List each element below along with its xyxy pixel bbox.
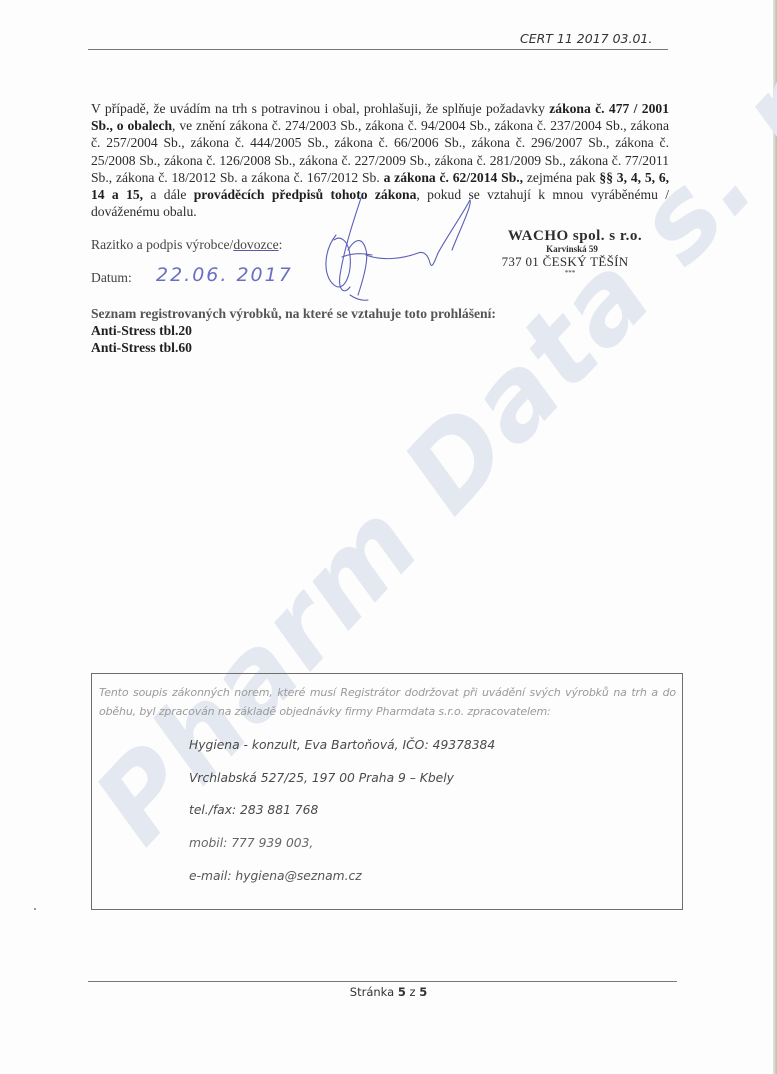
stamp-label-prefix: Razitko a podpis výrobce/ <box>91 237 233 252</box>
product-list-heading: Seznam registrovaných výrobků, na které … <box>91 305 496 322</box>
stamp-label-suffix: : <box>279 237 283 252</box>
scan-edge-shadow <box>773 0 777 1074</box>
page-number: Stránka 5 z 5 <box>0 985 777 999</box>
processor-company: Hygiena - konzult, Eva Bartoňová, IČO: 4… <box>189 738 495 752</box>
product-list: Seznam registrovaných výrobků, na které … <box>91 305 496 356</box>
stamp-city: 737 01 ČESKÝ TĚŠÍN <box>480 254 650 270</box>
declaration-bold-segment: a zákona č. 62/2014 Sb., <box>384 170 524 185</box>
processor-phone: tel./fax: 283 881 768 <box>189 803 318 817</box>
processor-info-box: Tento soupis zákonných norem, které musí… <box>91 673 683 910</box>
footer-divider <box>88 981 677 982</box>
declaration-segment: zejména pak <box>523 170 599 185</box>
product-item: Anti-Stress tbl.20 <box>91 322 496 339</box>
date-label: Datum: <box>91 270 132 286</box>
processor-address: Vrchlabská 527/25, 197 00 Praha 9 – Kbel… <box>189 771 454 785</box>
handwritten-signature <box>322 195 502 305</box>
processor-email: e-mail: hygiena@seznam.cz <box>189 869 362 883</box>
processor-intro: Tento soupis zákonných norem, které musí… <box>92 683 682 721</box>
stamp-signature-label: Razitko a podpis výrobce/dovozce: <box>91 237 282 253</box>
page-total: 5 <box>419 985 427 999</box>
stamp-street: Karvinská 59 <box>480 244 650 254</box>
declaration-segment: a dále <box>143 187 194 202</box>
stamp-label-underlined: dovozce <box>233 237 278 252</box>
company-stamp: WACHO spol. s r.o. Karvinská 59 737 01 Č… <box>480 228 650 277</box>
scan-speck <box>34 908 36 910</box>
stamp-mark: *** <box>480 269 650 277</box>
stamp-company: WACHO spol. s r.o. <box>480 228 650 245</box>
page-prefix: Stránka <box>350 985 398 999</box>
handwritten-date: 22.06. 2017 <box>156 264 293 286</box>
header-divider <box>88 49 668 50</box>
page-current: 5 <box>398 985 406 999</box>
page-separator: z <box>406 985 419 999</box>
declaration-segment: V případě, že uvádím na trh s potravinou… <box>91 101 549 116</box>
product-item: Anti-Stress tbl.60 <box>91 339 496 356</box>
processor-mobile: mobil: 777 939 003, <box>189 836 313 850</box>
document-reference: CERT 11 2017 03.01. <box>520 31 652 46</box>
